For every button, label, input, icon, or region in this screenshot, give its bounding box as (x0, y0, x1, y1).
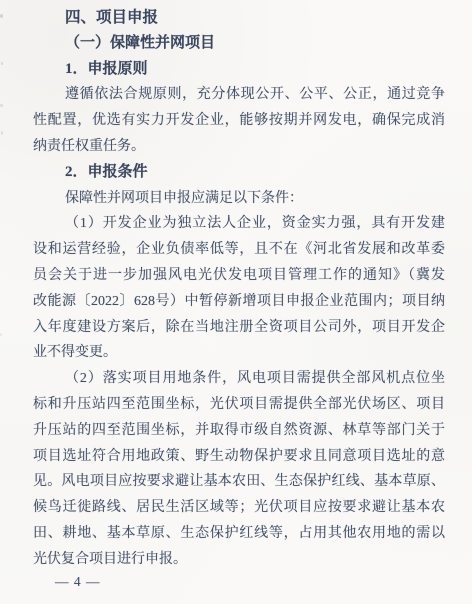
heading-line: 1．申报原则 (33, 57, 445, 83)
text-line: 纳责任权重任务。 (33, 134, 445, 160)
document-page: 四、项目申报（一）保障性并网项目1．申报原则遵循依法合规原则，充分体现公开、公平… (0, 0, 472, 604)
clause-heading: 1．申报原则 (33, 57, 445, 83)
text-line: 升压站的四至范围坐标，并取得市级自然资源、林草等部门关于 (33, 418, 445, 444)
page-number: — 4 — (55, 572, 101, 592)
scan-artifact (1, 131, 3, 135)
text-line: 项目选址符合用地政策、野生动物保护要求且同意项目选址的意 (33, 444, 445, 470)
text-line: 保障性并网项目申报应满足以下条件： (33, 186, 445, 212)
section-heading: 四、项目申报 (33, 5, 445, 31)
paragraph: 遵循依法合规原则，充分体现公开、公平、公正，通过竞争性配置，优选有实力开发企业，… (33, 82, 445, 159)
paragraph: 保障性并网项目申报应满足以下条件： (33, 186, 445, 212)
text-line: 见。风电项目应按要求避让基本农田、生态保护红线、基本草原、 (33, 469, 445, 495)
text-line: 员会关于进一步加强风电光伏发电项目管理工作的通知》（冀发 (33, 263, 445, 289)
text-line: 光伏复合项目进行申报。 (33, 547, 445, 573)
text-line: 田、耕地、基本草原、生态保护红线等，占用其他农用地的需以 (33, 521, 445, 547)
heading-line: 2．申报条件 (33, 160, 445, 186)
text-line: 候鸟迁徙路线、居民生活区域等；光伏项目应按要求避让基本农 (33, 495, 445, 521)
paragraph: （1）开发企业为独立法人企业，资金实力强，具有开发建设和运营经验，企业负债率低等… (33, 211, 445, 366)
scan-artifact (0, 14, 3, 18)
heading-line: 四、项目申报 (33, 5, 445, 31)
scan-artifact (1, 62, 3, 65)
text-line: 标和升压站四至范围坐标，光伏项目需提供全部光伏场区、项目 (33, 392, 445, 418)
clause-heading: 2．申报条件 (33, 160, 445, 186)
scan-artifact (0, 104, 3, 107)
heading-line: （一）保障性并网项目 (33, 31, 445, 57)
text-line: 业不得变更。 (33, 340, 445, 366)
document-body: 四、项目申报（一）保障性并网项目1．申报原则遵循依法合规原则，充分体现公开、公平… (33, 5, 445, 573)
text-line: 改能源〔2022〕628号）中暂停新增项目申报企业范围内；项目纳 (33, 289, 445, 315)
paragraph: （2）落实项目用地条件，风电项目需提供全部风机点位坐标和升压站四至范围坐标，光伏… (33, 366, 445, 572)
text-line: 入年度建设方案后，除在当地注册全资项目公司外，项目开发企 (33, 315, 445, 341)
subsection-heading: （一）保障性并网项目 (33, 31, 445, 57)
text-line: 遵循依法合规原则，充分体现公开、公平、公正，通过竞争 (33, 82, 445, 108)
text-line: （1）开发企业为独立法人企业，资金实力强，具有开发建 (33, 211, 445, 237)
text-line: 设和运营经验，企业负债率低等，且不在《河北省发展和改革委 (33, 237, 445, 263)
scan-artifact (0, 333, 2, 336)
text-line: 性配置，优选有实力开发企业，能够按期并网发电，确保完成消 (33, 108, 445, 134)
text-line: （2）落实项目用地条件，风电项目需提供全部风机点位坐 (33, 366, 445, 392)
